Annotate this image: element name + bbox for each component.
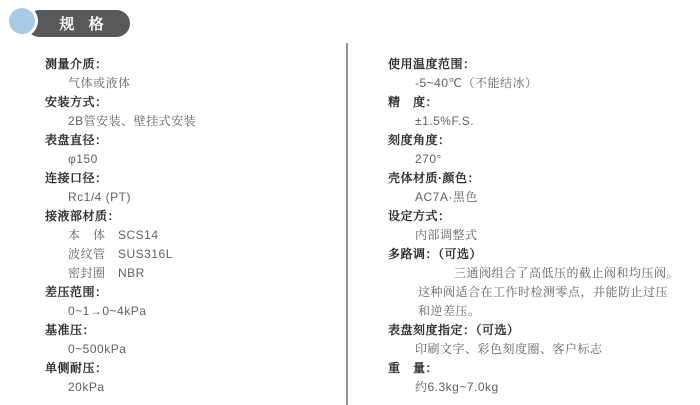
spec-label: 基准压： bbox=[45, 321, 335, 340]
spec-label: 连接口径： bbox=[45, 169, 335, 188]
spec-value: -5~40℃（不能结冰） bbox=[388, 74, 680, 93]
spec-value: 0~1→0~4kPa bbox=[45, 302, 335, 321]
spec-value: φ150 bbox=[45, 150, 335, 169]
spec-value: 印刷文字、彩色刻度圈、客户标志 bbox=[388, 340, 680, 359]
spec-label: 设定方式： bbox=[388, 207, 680, 226]
spec-label: 表盘直径： bbox=[45, 131, 335, 150]
spec-value: 气体或液体 bbox=[45, 74, 335, 93]
spec-label: 安装方式： bbox=[45, 93, 335, 112]
spec-label: 重 量： bbox=[388, 359, 680, 378]
spec-label: 使用温度范围： bbox=[388, 55, 680, 74]
header-pill: 规 格 bbox=[26, 10, 130, 37]
spec-value: Rc1/4 (PT) bbox=[45, 188, 335, 207]
spec-label: 表盘刻度指定：（可选） bbox=[388, 321, 680, 340]
spec-value: AC7A·黑色 bbox=[388, 188, 680, 207]
spec-value: 0~500kPa bbox=[45, 340, 335, 359]
section-header: 规 格 bbox=[0, 0, 200, 48]
spec-label: 精 度： bbox=[388, 93, 680, 112]
spec-value: 内部调整式 bbox=[388, 226, 680, 245]
spec-label: 多路调：（可选） bbox=[388, 245, 680, 264]
spec-value: 约6.3kg~7.0kg bbox=[388, 378, 680, 397]
column-divider bbox=[346, 43, 348, 405]
spec-label: 刻度角度： bbox=[388, 131, 680, 150]
spec-column-left: 测量介质： 气体或液体 安装方式： 2B管安装、壁挂式安装 表盘直径： φ150… bbox=[45, 55, 335, 397]
spec-label: 壳体材质·颜色： bbox=[388, 169, 680, 188]
spec-value: ±1.5%F.S. bbox=[388, 112, 680, 131]
spec-paragraph: 三通阀组合了高低压的截止阀和均压阀。这种阀适合在工作时检测零点，并能防止过压和逆… bbox=[388, 264, 680, 321]
spec-label: 单侧耐压： bbox=[45, 359, 335, 378]
page-title: 规 格 bbox=[47, 13, 108, 34]
spec-value: 密封圈 NBR bbox=[45, 264, 335, 283]
spec-value: 波纹管 SUS316L bbox=[45, 245, 335, 264]
spec-label: 差压范围： bbox=[45, 283, 335, 302]
spec-label: 测量介质： bbox=[45, 55, 335, 74]
header-bullet-icon bbox=[9, 8, 35, 34]
spec-value: 本 体 SCS14 bbox=[45, 226, 335, 245]
spec-column-right: 使用温度范围： -5~40℃（不能结冰） 精 度： ±1.5%F.S. 刻度角度… bbox=[388, 55, 680, 397]
spec-value: 2B管安装、壁挂式安装 bbox=[45, 112, 335, 131]
spec-value: 20kPa bbox=[45, 378, 335, 397]
spec-value: 270° bbox=[388, 150, 680, 169]
spec-label: 接液部材质： bbox=[45, 207, 335, 226]
